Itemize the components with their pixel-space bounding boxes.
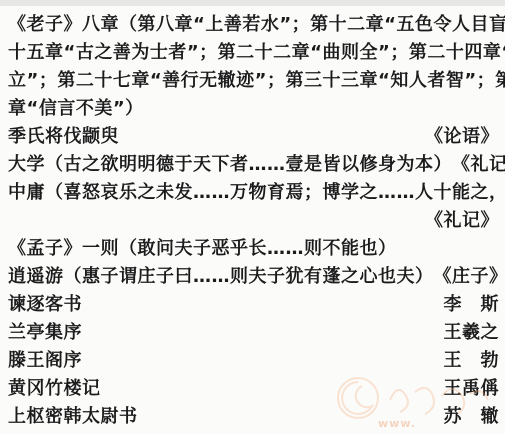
entry-row-huanggangzhulouji: 黄冈竹楼记 王禹偁 [8,375,499,403]
entry-title: 大学（古之欲明明德于天下者……壹是皆以修身为本） [8,151,452,179]
entry-author: 王禹偁 [444,375,500,403]
entry-title: 兰亭集序 [8,319,82,347]
entry-row-zhongyong-title: 中庸（喜怒哀乐之未发……万物育焉；博学之……人十能之，己千之） [8,179,499,207]
entry-source: 《论语》 [425,123,499,151]
entry-row-lantingjixu: 兰亭集序 王羲之 [8,319,499,347]
entry-row-xiaoyaoyou: 逍遥游（惠子谓庄子曰……则夫子犹有蓬之心也夫） 《庄子》 [8,263,499,291]
entry-source: 《礼记》 [452,151,505,179]
entry-row-daxue: 大学（古之欲明明德于天下者……壹是皆以修身为本） 《礼记》 [8,151,499,179]
laozi-line-3: 立”；第二十七章“善行无辙迹”；第三十三章“知人者智”；第八十一 [8,67,499,95]
entry-author: 李 斯 [444,291,500,319]
laozi-line-1: 《老子》八章（第八章“上善若水”；第十二章“五色令人目盲”；第 [8,11,499,39]
entry-row-zhongyong-source: 《礼记》 [8,207,499,235]
entry-title: 《孟子》一则（敢问夫子恶乎长……则不能也） [8,235,397,263]
entry-row-jishi: 季氏将伐颛臾 《论语》 [8,123,499,151]
entry-author: 苏 辙 [444,403,500,431]
document-page: 《老子》八章（第八章“上善若水”；第十二章“五色令人目盲”；第 十五章“古之善为… [0,6,505,434]
laozi-line-2: 十五章“古之善为士者”；第二十二章“曲则全”；第二十四章“跂者不 [8,39,499,67]
entry-row-tengwanggexu: 滕王阁序 王 勃 [8,347,499,375]
entry-author: 王羲之 [444,319,500,347]
entry-title: 逍遥游（惠子谓庄子曰……则夫子犹有蓬之心也夫） [8,263,434,291]
entry-title: 中庸（喜怒哀乐之未发……万物育焉；博学之……人十能之，己千之） [8,179,505,207]
entry-title: 季氏将伐颛臾 [8,123,119,151]
entry-row-mengzi: 《孟子》一则（敢问夫子恶乎长……则不能也） [8,235,499,263]
entry-source: 《庄子》 [434,263,505,291]
entry-row-shangshumihantaiweishu: 上枢密韩太尉书 苏 辙 [8,403,499,431]
entry-title: 谏逐客书 [8,291,82,319]
entry-title: 黄冈竹楼记 [8,375,101,403]
entry-title: 上枢密韩太尉书 [8,403,138,431]
laozi-line-4: 章“信言不美”） [8,95,499,123]
entry-author: 王 勃 [444,347,500,375]
entry-title: 滕王阁序 [8,347,82,375]
entry-row-jianzhukeshu: 谏逐客书 李 斯 [8,291,499,319]
entry-source: 《礼记》 [425,207,499,235]
laozi-paragraph: 《老子》八章（第八章“上善若水”；第十二章“五色令人目盲”；第 十五章“古之善为… [8,11,499,123]
